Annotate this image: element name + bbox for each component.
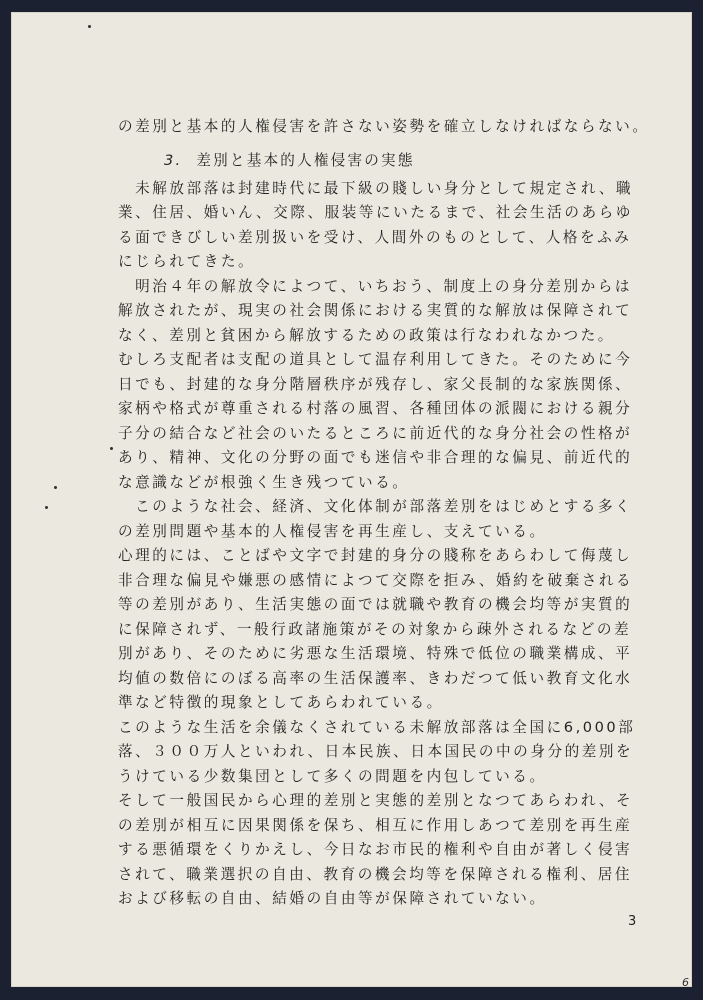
text-line: 落、３００万人といわれ、日本民族、日本国民の中の身分的差別を: [118, 740, 650, 765]
text-line: 解放されたが、現実の社会関係における実質的な解放は保障されて: [118, 299, 650, 324]
section-number: 3.: [164, 152, 182, 169]
text-line: このような社会、経済、文化体制が部落差別をはじめとする多く: [118, 495, 650, 520]
text-line: 等の差別があり、生活実態の面では就職や教育の機会均等が実質的: [118, 593, 650, 618]
speck-mark: [45, 506, 48, 509]
document-body: の差別と基本的人権侵害を許さない姿勢を確立しなければならない。 3.差別と基本的…: [118, 115, 650, 912]
body-paragraphs: 未解放部落は封建時代に最下級の賤しい身分として規定され、職業、住居、婚いん、交際…: [118, 177, 650, 912]
text-line: の差別が相互に因果関係を保ち、相互に作用しあつて差別を再生産: [118, 814, 650, 839]
speck-mark: [110, 447, 113, 450]
text-line: 家柄や格式が尊重される村落の風習、各種団体の派閥における親分: [118, 397, 650, 422]
text-line: 心理的には、ことばや文字で封建的身分の賤称をあらわして侮蔑し: [118, 544, 650, 569]
speck-mark: [88, 25, 91, 28]
text-line: の差別問題や基本的人権侵害を再生産し、支えている。: [118, 520, 650, 545]
handwritten-page-mark: 6: [682, 976, 689, 989]
text-line: 準など特徴的現象としてあらわれている。: [118, 691, 650, 716]
section-heading: 3.差別と基本的人権侵害の実態: [118, 144, 650, 177]
text-line: 業、住居、婚いん、交際、服装等にいたるまで、社会生活のあらゆ: [118, 201, 650, 226]
text-line: 日でも、封建的な身分階層秩序が残存し、家父長制的な家族関係、: [118, 373, 650, 398]
text-line: および移転の自由、結婚の自由等が保障されていない。: [118, 887, 650, 912]
page-number: 3: [628, 914, 636, 929]
text-line: むしろ支配者は支配の道具として温存利用してきた。そのために今: [118, 348, 650, 373]
text-line: 子分の結合など社会のいたるところに前近代的な身分社会の性格が: [118, 422, 650, 447]
section-title: 差別と基本的人権侵害の実態: [196, 152, 414, 169]
text-line: 未解放部落は封建時代に最下級の賤しい身分として規定され、職: [118, 177, 650, 202]
text-line: このような生活を余儀なくされている未解放部落は全国に6,000部: [118, 716, 650, 741]
text-line: にじられてきた。: [118, 250, 650, 275]
text-line: の差別と基本的人権侵害を許さない姿勢を確立しなければならない。: [118, 115, 650, 140]
text-line: に保障されず、一般行政諸施策がその対象から疎外されるなどの差: [118, 618, 650, 643]
text-line: る面できびしい差別扱いを受け、人間外のものとして、人格をふみ: [118, 226, 650, 251]
text-line: 明治４年の解放令によつて、いちおう、制度上の身分差別からは: [118, 275, 650, 300]
text-line: な意識などが根強く生き残つている。: [118, 471, 650, 496]
text-line: そして一般国民から心理的差別と実態的差別となつてあらわれ、そ: [118, 789, 650, 814]
text-line: 別があり、そのために劣悪な生活環境、特殊で低位の職業構成、平: [118, 642, 650, 667]
text-line: うけている少数集団として多くの問題を内包している。: [118, 765, 650, 790]
text-line: する悪循環をくりかえし、今日なお市民的権利や自由が著しく侵害: [118, 838, 650, 863]
text-line: あり、精神、文化の分野の面でも迷信や非合理的な偏見、前近代的: [118, 446, 650, 471]
text-line: 非合理な偏見や嫌悪の感情によつて交際を拒み、婚約を破棄される: [118, 569, 650, 594]
text-line: 均値の数倍にのぼる高率の生活保護率、きわだつて低い教育文化水: [118, 667, 650, 692]
text-line: されて、職業選択の自由、教育の機会均等を保障される権利、居住: [118, 863, 650, 888]
text-line: なく、差別と貧困から解放するための政策は行なわれなかつた。: [118, 324, 650, 349]
speck-mark: [54, 486, 57, 489]
